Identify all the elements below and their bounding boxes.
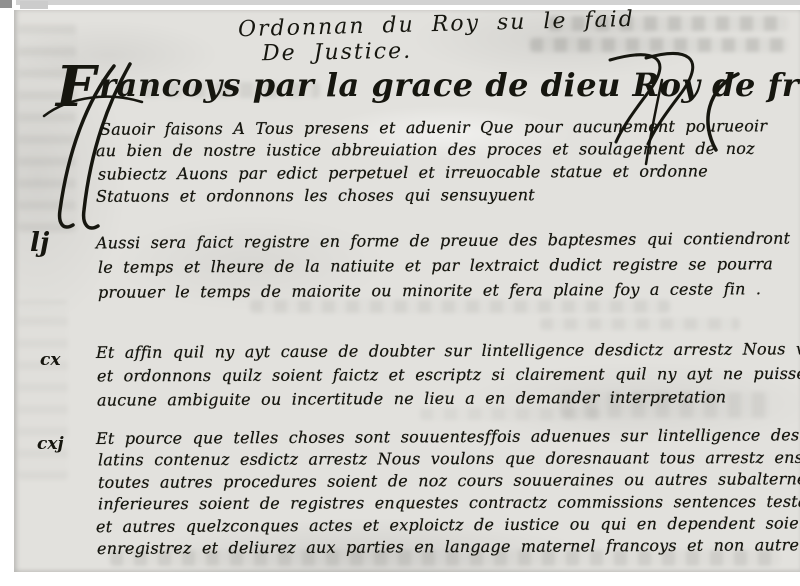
article-line: prouuer le temps de maiorite ou minorite… xyxy=(98,279,761,301)
margin-article-number: lj xyxy=(30,228,49,258)
heading-line-2: De Justice. xyxy=(262,39,413,67)
article-line: toutes autres procedures soient de noz c… xyxy=(98,469,800,492)
scanned-document-canvas: Ordonnan du Roy su le faid De Justice. F… xyxy=(0,0,800,586)
margin-article-number: cxj xyxy=(37,434,64,454)
margin-article-number: cx xyxy=(40,350,61,370)
scan-corner-fragment xyxy=(20,1,48,9)
article-line: Et affin quil ny ayt cause de doubter su… xyxy=(96,339,800,362)
scan-edge-strip xyxy=(16,0,800,5)
article-line: enregistrez et deliurez aux parties en l… xyxy=(97,535,800,558)
article-line: le temps et lheure de la natiuite et par… xyxy=(98,254,773,277)
article-line: latins contenuz esdictz arrestz Nous vou… xyxy=(98,448,800,470)
bleedthrough-smudge xyxy=(420,408,600,420)
article-line: et ordonnons quilz soient faictz et escr… xyxy=(97,364,800,386)
article-line: aucune ambiguite ou incertitude ne lieu … xyxy=(97,387,726,409)
title-line: Francoys par la grace de dieu Roy de fra… xyxy=(56,66,800,104)
preamble-line: Sauoir faisons A Tous presens et aduenir… xyxy=(100,116,767,138)
preamble-line: subiectz Auons par edict perpetuel et ir… xyxy=(98,161,708,183)
bleedthrough-smudge xyxy=(250,300,670,313)
preamble-line: au bien de nostre iustice abbreuiation d… xyxy=(96,139,755,160)
bleedthrough-smudge xyxy=(540,318,740,330)
title-text: rancoys par la grace de dieu Roy de fran… xyxy=(99,66,800,104)
preamble-line: Statuons et ordonnons les choses qui sen… xyxy=(96,185,535,206)
article-line: Et pource que telles choses sont souuent… xyxy=(96,425,800,448)
article-line: inferieures soient de registres enqueste… xyxy=(98,492,800,514)
article-line: et autres quelzconques actes et exploict… xyxy=(96,513,800,536)
scan-corner-fragment xyxy=(0,0,12,8)
